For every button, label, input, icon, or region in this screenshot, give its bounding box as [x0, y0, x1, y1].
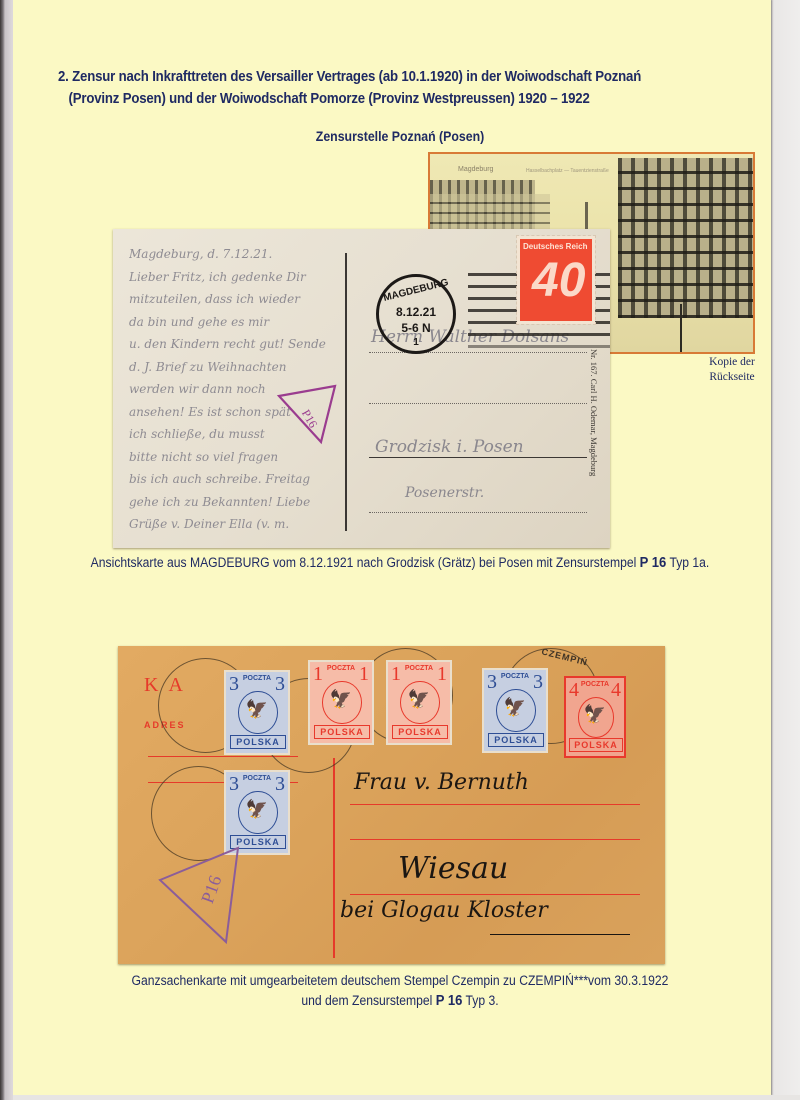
caption-item-1: Ansichtskarte aus MAGDEBURG vom 8.12.192…	[40, 553, 760, 573]
postmark-time: 5-6 N	[379, 321, 453, 335]
eagle-icon: 🦅	[310, 689, 372, 710]
stamp-polska-1: 1 POCZTA 1 🦅 POLSKA	[308, 660, 374, 745]
postmark-city: MAGDEBURG	[379, 276, 453, 305]
message-line: bis ich auch schreibe. Freitag	[129, 468, 339, 491]
eagle-icon: 🦅	[226, 799, 288, 820]
censor-triangle-stamp: P16	[273, 384, 343, 449]
censor-triangle-stamp: P16	[154, 846, 244, 946]
caption-1-text-after: Typ 1a.	[666, 555, 709, 570]
photo-subtitle: Hasselbachplatz — Tauentzienstraße	[526, 168, 609, 174]
address-line	[369, 352, 587, 353]
scan-right-edge	[770, 0, 800, 1100]
address-city: Wiesau	[398, 851, 508, 886]
caption-2-line-1: Ganzsachenkarte mit umgearbeitetem deuts…	[40, 971, 760, 991]
caption-1-text: Ansichtskarte aus MAGDEBURG vom 8.12.192…	[91, 555, 640, 570]
photo-caption-line-1: Kopie der	[682, 355, 782, 370]
address-line	[369, 403, 587, 404]
message-line: u. den Kindern recht gut! Sende	[129, 333, 339, 356]
caption-2-line-2: und dem Zensurstempel P 16 Typ 3.	[40, 991, 760, 1011]
postcard-magdeburg: Magdeburg, d. 7.12.21.Lieber Fritz, ich …	[113, 229, 610, 548]
message-line: Magdeburg, d. 7.12.21.	[129, 243, 339, 266]
stamp-value: 1	[437, 663, 447, 686]
stamp-polska-3: 3 POCZTA 3 🦅 POLSKA	[224, 770, 290, 855]
stamp-country: POLSKA	[230, 735, 287, 749]
caption-2-text: und dem Zensurstempel	[301, 993, 435, 1008]
message-line: da bin und gehe es mir	[129, 311, 339, 334]
stamp-polska-3: 3 POCZTA 3 🦅 POLSKA	[224, 670, 290, 755]
stamp-value: 3	[533, 671, 543, 694]
eagle-icon: 🦅	[484, 697, 546, 718]
photo-caption: Kopie der Rückseite	[682, 355, 782, 385]
street-lamp	[680, 304, 682, 354]
scan-left-edge	[0, 0, 13, 1100]
stamp-country: POLSKA	[314, 725, 371, 739]
address-street: Posenerstr.	[405, 485, 484, 501]
message-line: d. J. Brief zu Weihnachten	[129, 356, 339, 379]
stamp-value: 1	[359, 663, 369, 686]
postmark-magdeburg: MAGDEBURG 8.12.21 5-6 N 1	[376, 274, 456, 354]
stamp-country: Deutsches Reich	[523, 242, 587, 251]
address-line	[369, 457, 587, 458]
scan-bottom-edge	[13, 1095, 800, 1100]
red-ruled-line	[350, 839, 640, 840]
eagle-icon: 🦅	[226, 699, 288, 720]
caption-2-bold: P 16	[436, 993, 463, 1009]
building-right-image	[618, 158, 755, 318]
postmark-number: 1	[379, 337, 453, 348]
section-subheading: Zensurstelle Poznań (Posen)	[48, 128, 752, 144]
red-ruled-line	[350, 804, 640, 805]
message-line: gehe ich zu Bekannten! Liebe	[129, 491, 339, 514]
eagle-icon: 🦅	[566, 704, 624, 725]
red-vertical-divider	[333, 758, 335, 958]
stamp-value: 3	[275, 673, 285, 696]
postcard-divider-line	[345, 253, 347, 531]
heading-line-1: 2. Zensur nach Inkrafttreten des Versail…	[58, 68, 641, 85]
printer-imprint: Nr. 167. Carl H. Odemar, Magdeburg	[589, 349, 599, 476]
address-recipient: Frau v. Bernuth	[354, 770, 529, 795]
address-city: Grodzisk i. Posen	[375, 437, 524, 457]
eagle-icon: 🦅	[388, 689, 450, 710]
stamp-polska-1: 1 POCZTA 1 🦅 POLSKA	[386, 660, 452, 745]
stamp-polska-4-imprinted: 4 POCZTA 4 🦅 POLSKA	[564, 676, 626, 758]
stamp-value: 4	[611, 679, 621, 702]
address-district: bei Glogau Kloster	[340, 898, 548, 923]
caption-1-bold: P 16	[640, 555, 667, 571]
postmark-date: 8.12.21	[379, 305, 453, 319]
censor-mark-text: P16	[299, 407, 320, 430]
stamp-country: POLSKA	[569, 738, 622, 752]
photo-caption-line-2: Rückseite	[682, 370, 782, 385]
photo-title: Magdeburg	[458, 166, 493, 173]
stamp-value: 3	[275, 773, 285, 796]
message-line: mitzuteilen, dass ich wieder	[129, 288, 339, 311]
stamp-country: POLSKA	[392, 725, 449, 739]
heading-line-2: (Provinz Posen) und der Woiwodschaft Pom…	[58, 88, 674, 110]
stamp-country: POLSKA	[488, 733, 545, 747]
caption-2-text-after: Typ 3.	[462, 993, 498, 1008]
address-underline	[490, 934, 630, 935]
postcard-czempin: KA A ADRES CE CZEMPIŃ 3 POCZTA 3 🦅 POLSK…	[118, 646, 665, 964]
stamp-polska-3: 3 POCZTA 3 🦅 POLSKA	[482, 668, 548, 753]
stamp-value: 40	[532, 253, 585, 308]
message-line: Grüße v. Deiner Ella (v. m.	[129, 513, 339, 536]
red-ruled-line	[350, 894, 640, 895]
address-line	[369, 512, 587, 513]
page-heading: 2. Zensur nach Inkrafttreten des Versail…	[58, 66, 674, 110]
stamp-deutsches-reich: Deutsches Reich 40	[517, 236, 595, 324]
message-line: Lieber Fritz, ich gedenke Dir	[129, 266, 339, 289]
censor-mark-text: P16	[197, 873, 225, 906]
caption-item-2: Ganzsachenkarte mit umgearbeitetem deuts…	[40, 971, 760, 1011]
